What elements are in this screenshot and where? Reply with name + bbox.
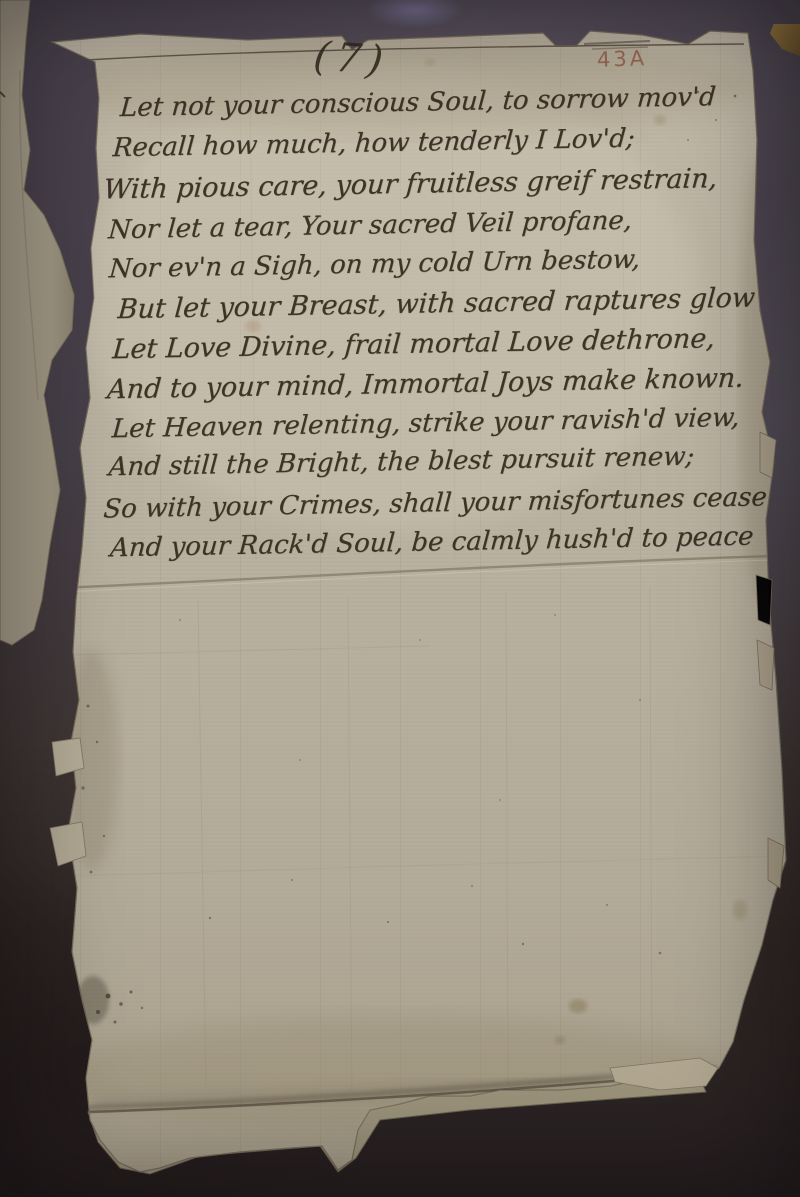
poem-line-7: Let Love Divine, frail mortal Love dethr… xyxy=(111,323,715,365)
poem-line-12: And your Rack'd Soul, be calmly hush'd t… xyxy=(109,522,754,564)
poem-line-5: Nor ev'n a Sigh, on my cold Urn bestow, xyxy=(108,245,641,285)
manuscript-photograph: (7) 43A Let not your conscious Soul, to … xyxy=(0,0,800,1197)
poem-line-4: Nor let a tear, Your sacred Veil profane… xyxy=(107,206,633,246)
poem-line-6: But let your Breast, with sacred rapture… xyxy=(117,282,756,325)
poem-text-block: Let not your conscious Soul, to sorrow m… xyxy=(0,0,800,1197)
poem-line-3: With pious care, your fruitless greif re… xyxy=(102,163,718,205)
poem-line-1: Let not your conscious Soul, to sorrow m… xyxy=(119,82,717,123)
poem-line-11: So with your Crimes, shall your misfortu… xyxy=(102,482,767,524)
poem-line-10: And still the Bright, the blest pursuit … xyxy=(108,442,696,483)
poem-line-8: And to your mind, Immortal Joys make kno… xyxy=(106,363,745,406)
poem-line-9: Let Heaven relenting, strike your ravish… xyxy=(111,403,741,445)
poem-line-2: Recall how much, how tenderly I Lov'd; xyxy=(112,124,636,164)
